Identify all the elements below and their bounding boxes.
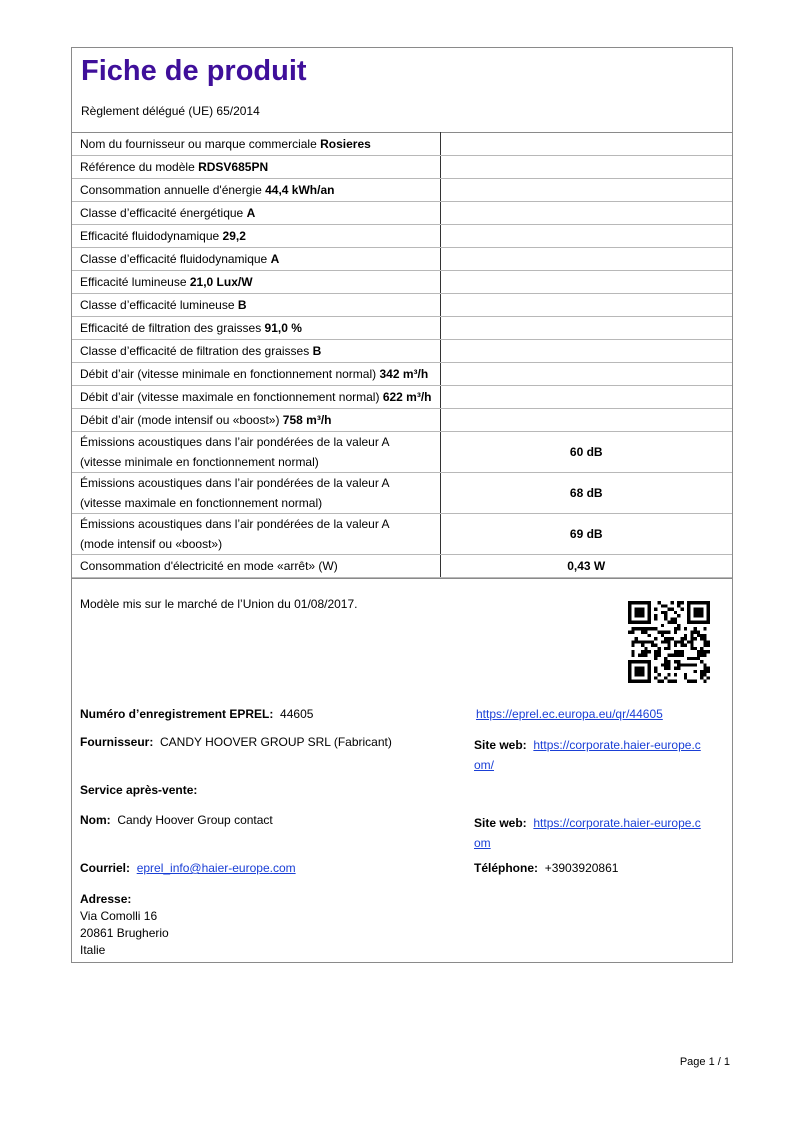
spec-value: RDSV685PN [198, 160, 268, 174]
product-sheet: Fiche de produit Règlement délégué (UE) … [71, 47, 733, 578]
spec-value-cell [440, 133, 732, 156]
name-label: Nom: [80, 813, 111, 827]
spec-value: 758 m³/h [283, 413, 332, 427]
spec-label-cell: Efficacité de filtration des graisses 91… [72, 317, 440, 340]
noise-label: Émissions acoustiques dans l’air pondéré… [80, 517, 390, 531]
noise-value: 68 dB [440, 473, 732, 514]
website-link-service-cont[interactable]: om [474, 836, 491, 850]
address-line: Italie [80, 943, 105, 957]
address: Adresse: Via Comolli 16 20861 Brugherio … [80, 891, 169, 959]
spec-value-cell [440, 156, 732, 179]
table-row: Classe d’efficacité fluidodynamique A [72, 248, 732, 271]
table-row: Nom du fournisseur ou marque commerciale… [72, 133, 732, 156]
phone-number: +3903920861 [545, 861, 619, 875]
spec-value: A [271, 252, 280, 266]
eprel-label: Numéro d’enregistrement EPREL: [80, 707, 273, 721]
off-mode-label: Consommation d'électricité en mode «arrê… [72, 555, 440, 578]
website-link-supplier[interactable]: https://corporate.haier-europe.c [533, 738, 700, 752]
spec-label: Consommation annuelle d'énergie [80, 183, 262, 197]
service-label: Service après-vente: [80, 783, 197, 797]
website-link-supplier-cont[interactable]: om/ [474, 758, 494, 772]
spec-value: 21,0 Lux/W [190, 275, 253, 289]
table-row: Classe d’efficacité de filtration des gr… [72, 340, 732, 363]
regulation: Règlement délégué (UE) 65/2014 [81, 104, 732, 132]
spec-value: 44,4 kWh/an [265, 183, 334, 197]
noise-value: 60 dB [440, 432, 732, 473]
noise-label-cell: Émissions acoustiques dans l’air pondéré… [72, 432, 440, 473]
spec-value-cell [440, 363, 732, 386]
noise-label: Émissions acoustiques dans l’air pondéré… [80, 476, 390, 490]
spec-value: 342 m³/h [379, 367, 428, 381]
spec-label-cell: Classe d’efficacité énergétique A [72, 202, 440, 225]
spec-value-cell [440, 294, 732, 317]
spec-value-cell [440, 225, 732, 248]
spec-value-cell [440, 179, 732, 202]
table-row: Efficacité lumineuse 21,0 Lux/W [72, 271, 732, 294]
spec-value-cell [440, 271, 732, 294]
service-name: Candy Hoover Group contact [117, 813, 272, 827]
table-row: Efficacité fluidodynamique 29,2 [72, 225, 732, 248]
spec-label: Classe d’efficacité de filtration des gr… [80, 344, 309, 358]
supplier-name: CANDY HOOVER GROUP SRL (Fabricant) [160, 735, 392, 749]
spec-label: Efficacité de filtration des graisses [80, 321, 261, 335]
spec-value: B [238, 298, 247, 312]
spec-label-cell: Débit d’air (vitesse minimale en fonctio… [72, 363, 440, 386]
spec-label-cell: Débit d’air (vitesse maximale en fonctio… [72, 386, 440, 409]
off-mode-value: 0,43 W [440, 555, 732, 578]
spec-value: 29,2 [223, 229, 246, 243]
email-link[interactable]: eprel_info@haier-europe.com [137, 861, 296, 875]
spec-value-cell [440, 386, 732, 409]
spec-value-cell [440, 340, 732, 363]
qr-code [628, 601, 710, 683]
spec-label: Débit d’air (vitesse maximale en fonctio… [80, 390, 379, 404]
table-row: Débit d’air (mode intensif ou «boost») 7… [72, 409, 732, 432]
spec-label: Débit d’air (vitesse minimale en fonctio… [80, 367, 376, 381]
spec-label-cell: Nom du fournisseur ou marque commerciale… [72, 133, 440, 156]
table-row: Débit d’air (vitesse maximale en fonctio… [72, 386, 732, 409]
spec-value: Rosieres [320, 137, 371, 151]
spec-value: 91,0 % [265, 321, 302, 335]
spec-label-cell: Consommation annuelle d'énergie 44,4 kWh… [72, 179, 440, 202]
spec-label: Efficacité lumineuse [80, 275, 187, 289]
spec-label: Efficacité fluidodynamique [80, 229, 219, 243]
table-row: Débit d’air (vitesse minimale en fonctio… [72, 363, 732, 386]
spec-table: Nom du fournisseur ou marque commerciale… [72, 132, 732, 578]
table-row: Émissions acoustiques dans l’air pondéré… [72, 514, 732, 555]
noise-value: 69 dB [440, 514, 732, 555]
eprel-link[interactable]: https://eprel.ec.europa.eu/qr/44605 [476, 707, 663, 721]
spec-value: 622 m³/h [383, 390, 432, 404]
phone-label: Téléphone: [474, 861, 538, 875]
spec-value-cell [440, 409, 732, 432]
noise-label: Émissions acoustiques dans l’air pondéré… [80, 435, 390, 449]
spec-label-cell: Classe d’efficacité lumineuse B [72, 294, 440, 317]
spec-value: A [247, 206, 256, 220]
table-row: Émissions acoustiques dans l’air pondéré… [72, 473, 732, 514]
table-row: Efficacité de filtration des graisses 91… [72, 317, 732, 340]
table-row: Consommation annuelle d'énergie 44,4 kWh… [72, 179, 732, 202]
spec-label-cell: Référence du modèle RDSV685PN [72, 156, 440, 179]
spec-label-cell: Débit d’air (mode intensif ou «boost») 7… [72, 409, 440, 432]
website-link-service[interactable]: https://corporate.haier-europe.c [533, 816, 700, 830]
supplier-label: Fournisseur: [80, 735, 153, 749]
spec-label: Classe d’efficacité lumineuse [80, 298, 235, 312]
spec-label-cell: Efficacité lumineuse 21,0 Lux/W [72, 271, 440, 294]
table-row: Classe d’efficacité énergétique A [72, 202, 732, 225]
spec-label: Classe d’efficacité énergétique [80, 206, 243, 220]
supplier-info: Modèle mis sur le marché de l’Union du 0… [71, 578, 733, 963]
page-title: Fiche de produit [81, 53, 732, 89]
page-number: Page 1 / 1 [680, 1056, 730, 1068]
spec-label-cell: Classe d’efficacité fluidodynamique A [72, 248, 440, 271]
spec-value: B [313, 344, 322, 358]
spec-value-cell [440, 317, 732, 340]
table-row: Classe d’efficacité lumineuse B [72, 294, 732, 317]
table-row: Consommation d'électricité en mode «arrê… [72, 555, 732, 578]
table-row: Référence du modèle RDSV685PN [72, 156, 732, 179]
spec-label-cell: Efficacité fluidodynamique 29,2 [72, 225, 440, 248]
website-label-2: Site web: [474, 816, 527, 830]
market-date: Modèle mis sur le marché de l’Union du 0… [80, 597, 358, 611]
noise-label-cont: (vitesse maximale en fonctionnement norm… [80, 496, 322, 510]
eprel-number: 44605 [280, 707, 313, 721]
address-label: Adresse: [80, 892, 131, 906]
spec-label-cell: Classe d’efficacité de filtration des gr… [72, 340, 440, 363]
noise-label-cell: Émissions acoustiques dans l’air pondéré… [72, 473, 440, 514]
spec-label: Classe d’efficacité fluidodynamique [80, 252, 267, 266]
address-line: Via Comolli 16 [80, 909, 157, 923]
spec-label: Nom du fournisseur ou marque commerciale [80, 137, 317, 151]
website-label: Site web: [474, 738, 527, 752]
noise-label-cell: Émissions acoustiques dans l’air pondéré… [72, 514, 440, 555]
table-row: Émissions acoustiques dans l’air pondéré… [72, 432, 732, 473]
address-line: 20861 Brugherio [80, 926, 169, 940]
email-label: Courriel: [80, 861, 130, 875]
spec-label: Référence du modèle [80, 160, 195, 174]
spec-label: Débit d’air (mode intensif ou «boost») [80, 413, 279, 427]
spec-value-cell [440, 202, 732, 225]
spec-value-cell [440, 248, 732, 271]
noise-label-cont: (vitesse minimale en fonctionnement norm… [80, 455, 319, 469]
noise-label-cont: (mode intensif ou «boost») [80, 537, 222, 551]
